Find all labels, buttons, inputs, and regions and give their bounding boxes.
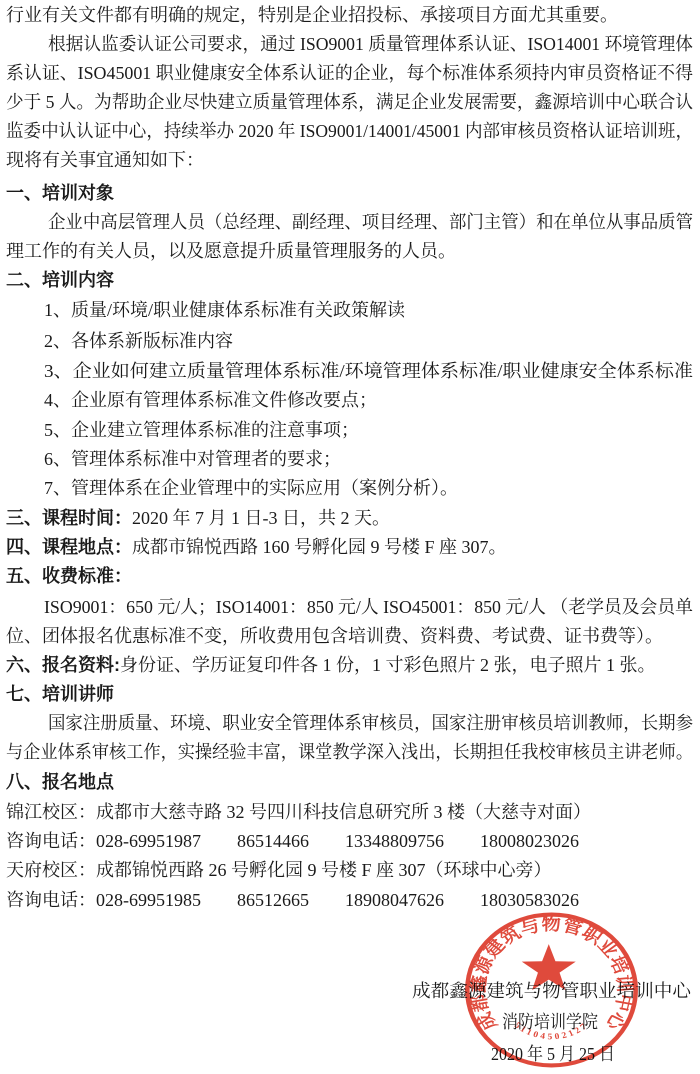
body-line: 企业中高层管理人员（总经理、副经理、项目经理、部门主管）和在单位从事品质管 [48,211,693,233]
section-heading-2: 二、培训内容 [6,269,114,291]
section-heading-1: 一、培训对象 [6,182,114,204]
section-heading-4: 四、课程地点：成都市锦悦西路 160 号孵化园 9 号楼 F 座 307。 [6,536,507,558]
body-line: 监委中认认证中心，持续举办 2020 年 ISO9001/14001/45001… [6,120,693,142]
campus-address-jinjiang: 锦江校区：成都市大慈寺路 32 号四川科技信息研究所 3 楼（大慈寺对面） [6,801,591,823]
text-run: 天府校区：成都锦悦西路 26 号孵化园 9 号楼 F 座 307（环球中心旁） [6,860,552,880]
phone-line-jinjiang: 咨询电话：028-69951987 86514466 13348809756 1… [6,830,579,852]
bold-label: 五、收费标准： [6,566,132,586]
text-run: 2020 年 7 月 1 日-3 日，共 2 天。 [132,508,390,528]
bold-label: 二、培训内容 [6,270,114,290]
text-run: 7、管理体系在企业管理中的实际应用（案例分析）。 [44,478,458,498]
body-line: ISO9001：650 元/人；ISO14001：850 元/人 ISO4500… [44,596,693,618]
section-heading-8: 八、报名地点 [6,771,114,793]
text-run: 行业有关文件都有明确的规定，特别是企业招投标、承接项目方面尤其重要。 [6,5,618,25]
text-run: 位、团体报名优惠标准不变，所收费用包含培训费、资料费、考试费、证书费等）。 [6,626,663,646]
body-line: 位、团体报名优惠标准不变，所收费用包含培训费、资料费、考试费、证书费等）。 [6,625,663,647]
list-item: 6、管理体系标准中对管理者的要求； [44,448,341,470]
section-heading-3: 三、课程时间：2020 年 7 月 1 日-3 日，共 2 天。 [6,507,390,529]
text-run: 咨询电话：028-69951985 86512665 18908047626 1… [6,890,579,910]
text-run: 企业中高层管理人员（总经理、副经理、项目经理、部门主管）和在单位从事品质管 [48,212,693,232]
body-line: 系认证、ISO45001 职业健康安全体系认证的企业，每个标准体系须持内审员资格… [6,62,693,84]
text-run: 6、管理体系标准中对管理者的要求； [44,449,341,469]
body-line: 行业有关文件都有明确的规定，特别是企业招投标、承接项目方面尤其重要。 [6,4,618,26]
list-item: 5、企业建立管理体系标准的注意事项； [44,419,359,441]
section-heading-6: 六、报名资料:身份证、学历证复印件各 1 份，1 寸彩色照片 2 张，电子照片 … [6,654,656,676]
bold-label: 七、培训讲师 [6,684,114,704]
campus-address-tianfu: 天府校区：成都锦悦西路 26 号孵化园 9 号楼 F 座 307（环球中心旁） [6,859,552,881]
list-item: 3、企业如何建立质量管理体系标准/环境管理体系标准/职业健康安全体系标准 [44,360,693,382]
seal-number: 51104502127 [513,1020,591,1041]
text-run: 系认证、ISO45001 职业健康安全体系认证的企业，每个标准体系须持内审员资格… [6,63,693,83]
text-run: 与企业体系审核工作，实操经验丰富，课堂教学深入浅出，长期担任我校审核员主讲老师。 [6,742,693,762]
body-line: 少于 5 人。为帮助企业尽快建立质量管理体系，满足企业发展需要，鑫源培训中心联合… [6,91,693,113]
text-run: 国家注册质量、环境、职业安全管理体系审核员，国家注册审核员培训教师，长期参 [48,713,693,733]
svg-text:51104502127: 51104502127 [513,1020,591,1041]
list-item: 2、各体系新版标准内容 [44,330,233,352]
official-seal-stamp: 成都鑫源建筑与物管职业培训中心 51104502127 [460,908,643,1072]
list-item: 7、管理体系在企业管理中的实际应用（案例分析）。 [44,477,458,499]
text-run: 2、各体系新版标准内容 [44,331,233,351]
text-run: 5、企业建立管理体系标准的注意事项； [44,420,359,440]
body-line: 理工作的有关人员，以及愿意提升质量管理服务的人员。 [6,240,456,262]
body-line: 国家注册质量、环境、职业安全管理体系审核员，国家注册审核员培训教师，长期参 [48,712,693,734]
text-run: 理工作的有关人员，以及愿意提升质量管理服务的人员。 [6,241,456,261]
bold-label: 八、报名地点 [6,772,114,792]
section-heading-5: 五、收费标准： [6,565,132,587]
body-line: 与企业体系审核工作，实操经验丰富，课堂教学深入浅出，长期担任我校审核员主讲老师。 [6,741,693,763]
list-item: 4、企业原有管理体系标准文件修改要点； [44,389,377,411]
bold-label: 三、课程时间： [6,508,132,528]
text-run: 成都市锦悦西路 160 号孵化园 9 号楼 F 座 307。 [132,537,507,557]
bold-label: 四、课程地点： [6,537,132,557]
document-page: 行业有关文件都有明确的规定，特别是企业招投标、承接项目方面尤其重要。根据认监委认… [0,0,700,1074]
text-run: 3、企业如何建立质量管理体系标准/环境管理体系标准/职业健康安全体系标准 [44,361,693,381]
seal-star-icon [522,944,576,990]
body-line: 现将有关事宜通知如下： [6,149,204,171]
body-line: 根据认监委认证公司要求，通过 ISO9001 质量管理体系认证、ISO14001… [48,33,693,55]
text-run: 锦江校区：成都市大慈寺路 32 号四川科技信息研究所 3 楼（大慈寺对面） [6,802,591,822]
text-run: 少于 5 人。为帮助企业尽快建立质量管理体系，满足企业发展需要，鑫源培训中心联合… [6,92,693,112]
text-run: 身份证、学历证复印件各 1 份，1 寸彩色照片 2 张，电子照片 1 张。 [120,655,656,675]
list-item: 1、质量/环境/职业健康体系标准有关政策解读 [44,299,405,321]
section-heading-7: 七、培训讲师 [6,683,114,705]
text-run: 1、质量/环境/职业健康体系标准有关政策解读 [44,300,405,320]
bold-label: 六、报名资料: [6,655,120,675]
text-run: 现将有关事宜通知如下： [6,150,204,170]
text-run: 监委中认认证中心，持续举办 2020 年 ISO9001/14001/45001… [6,121,693,141]
bold-label: 一、培训对象 [6,183,114,203]
text-run: 根据认监委认证公司要求，通过 ISO9001 质量管理体系认证、ISO14001… [48,34,693,54]
text-run: ISO9001：650 元/人；ISO14001：850 元/人 ISO4500… [44,597,693,617]
text-run: 咨询电话：028-69951987 86514466 13348809756 1… [6,831,579,851]
text-run: 4、企业原有管理体系标准文件修改要点； [44,390,377,410]
